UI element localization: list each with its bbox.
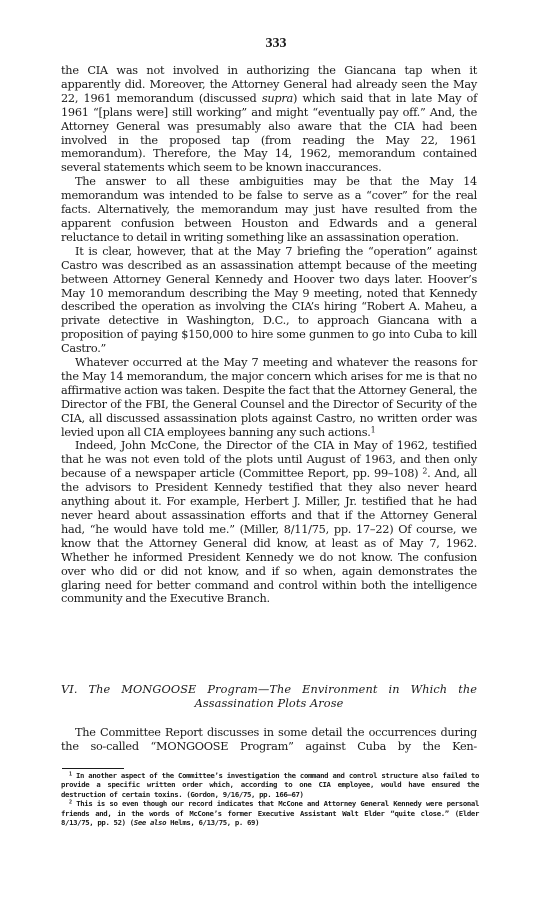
footnotes: 1 In another aspect of the Committee’s i…: [61, 771, 479, 827]
section-heading: VI. The MONGOOSE Program—The Environment…: [61, 683, 477, 711]
footnote-1-text: In another aspect of the Committee’s inv…: [61, 771, 479, 799]
paragraph-5-text-b: . And, all the advisors to President Ken…: [61, 467, 477, 605]
paragraph-2: The answer to all these ambiguities may …: [61, 175, 477, 245]
paragraph-1: the CIA was not involved in authorizing …: [61, 64, 477, 175]
page-number: 333: [0, 36, 552, 52]
paragraph-5: Indeed, John McCone, the Director of the…: [61, 439, 477, 606]
footnote-2-see-also: See also: [134, 818, 166, 827]
footnote-2-text-b: Helms, 6/13/75, p. 69): [166, 818, 259, 827]
supra-italic: supra: [262, 92, 293, 105]
paragraph-4-text: Whatever occurred at the May 7 meeting a…: [61, 356, 477, 439]
paragraph-4: Whatever occurred at the May 7 meeting a…: [61, 356, 477, 439]
footnote-2-text-a: This is so even though our record indica…: [61, 799, 479, 827]
paragraph-3: It is clear, however, that at the May 7 …: [61, 245, 477, 356]
footnote-divider: [62, 768, 124, 769]
section-paragraph: The Committee Report discusses in some d…: [61, 726, 477, 754]
paragraph-5-text-a: Indeed, John McCone, the Director of the…: [61, 439, 477, 480]
footnote-1: 1 In another aspect of the Committee’s i…: [61, 771, 479, 799]
footnote-1-marker: 1: [69, 772, 72, 778]
body-text: the CIA was not involved in authorizing …: [61, 64, 477, 606]
footnote-2: 2 This is so even though our record indi…: [61, 799, 479, 827]
footnote-ref-1: 1: [371, 425, 376, 434]
footnote-2-marker: 2: [69, 800, 72, 806]
section-heading-line-2: Assassination Plots Arose: [61, 697, 477, 711]
section-body: The Committee Report discusses in some d…: [61, 726, 477, 754]
section-heading-line-1: VI. The MONGOOSE Program—The Environment…: [61, 683, 477, 697]
